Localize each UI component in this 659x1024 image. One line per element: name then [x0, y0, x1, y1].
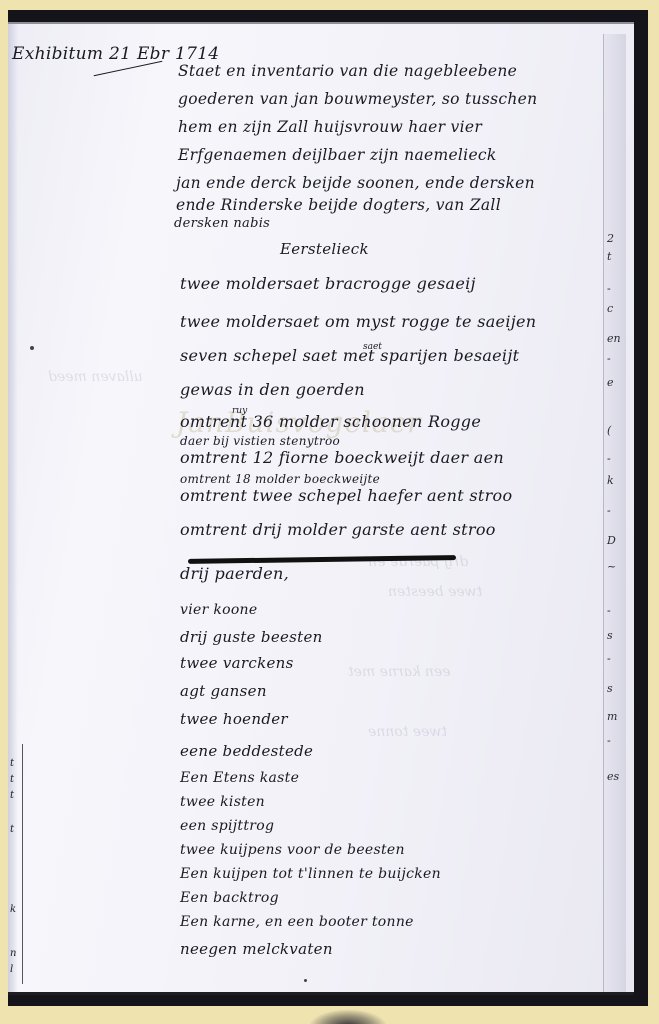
margin-mark: t	[10, 790, 14, 801]
inventory-item: omtrent 36 molder schoonen Rogge	[180, 412, 481, 431]
inventory-item: omtrent drij molder garste aent stroo	[180, 520, 496, 539]
page-edge-shadow	[308, 1009, 388, 1024]
preamble-line: hem en zijn Zall huijsvrouw haer vier	[178, 118, 482, 136]
inventory-item: vier koone	[180, 602, 257, 618]
bleed-through-text: twee tonne	[368, 724, 447, 740]
bleed-through-text: twee beesten	[388, 584, 482, 600]
margin-mark: es	[607, 770, 619, 783]
margin-mark: -	[607, 282, 611, 295]
right-margin-strip: 2 t - c en - e ( - k - D ~ - s - s m - e…	[603, 34, 626, 992]
margin-mark: -	[607, 504, 611, 517]
inventory-item: omtrent 12 fiorne boeckweijt daer aen	[180, 448, 504, 467]
left-margin-strip: t t t t k n l	[8, 744, 23, 984]
inventory-item: twee varckens	[180, 654, 294, 672]
inventory-item: een spijttrog	[180, 818, 274, 834]
inventory-item: Een backtrog	[180, 890, 279, 906]
margin-mark: l	[10, 964, 13, 975]
margin-mark: t	[10, 774, 14, 785]
inventory-item: twee hoender	[180, 710, 288, 728]
margin-mark: s	[607, 682, 613, 695]
margin-mark: -	[607, 604, 611, 617]
margin-mark: t	[10, 758, 14, 769]
margin-mark: 2	[607, 232, 614, 245]
preamble-line: Staet en inventario van die nagebleebene	[178, 62, 517, 80]
margin-mark: t	[607, 250, 611, 263]
margin-mark: (	[607, 424, 611, 437]
inventory-item: gewas in den goerden	[180, 380, 365, 399]
inventory-item: drij guste beesten	[180, 628, 323, 646]
preamble-line: Erfgenaemen deijlbaer zijn naemelieck	[178, 146, 497, 164]
margin-mark: e	[607, 376, 614, 389]
inventory-item: Een kuijpen tot t'linnen te buijcken	[180, 866, 441, 882]
preamble-line: goederen van jan bouwmeyster, so tussche…	[178, 90, 537, 108]
ink-spot	[30, 346, 34, 350]
margin-mark: D	[607, 534, 616, 547]
inventory-item: omtrent twee schepel haefer aent stroo	[180, 486, 512, 505]
preamble-line: dersken nabis	[174, 216, 270, 231]
section-heading: Eerstelieck	[280, 240, 369, 258]
margin-mark: -	[607, 652, 611, 665]
inventory-item: Een Etens kaste	[180, 770, 299, 786]
inventory-item: omtrent 18 molder boeckweijte	[180, 472, 380, 486]
inventory-item: daer bij vistien stenytroo	[180, 434, 340, 448]
margin-mark: ~	[607, 560, 616, 573]
margin-mark: s	[607, 629, 613, 642]
ink-spot	[304, 979, 307, 982]
manuscript-page: ullaven meed drij paerde en twee beesten…	[8, 22, 634, 995]
inventory-item: Een karne, en een booter tonne	[180, 914, 414, 930]
margin-mark: m	[607, 710, 617, 723]
margin-mark: k	[10, 904, 16, 915]
margin-mark: -	[607, 352, 611, 365]
inventory-item: twee kuijpens voor de beesten	[180, 842, 405, 858]
margin-mark: -	[607, 734, 611, 747]
margin-mark: k	[607, 474, 614, 487]
inventory-item: drij paerden,	[180, 564, 289, 583]
margin-mark: t	[10, 824, 14, 835]
margin-mark: en	[607, 332, 621, 345]
margin-mark: -	[607, 452, 611, 465]
bleed-through-text: een karne met	[348, 664, 451, 680]
margin-mark: n	[10, 948, 16, 959]
inventory-item: neegen melckvaten	[180, 940, 333, 958]
margin-mark: c	[607, 302, 613, 315]
inventory-item: eene beddestede	[180, 742, 313, 760]
exhibitum-note: Exhibitum 21 Ebr 1714	[12, 44, 219, 64]
inventory-item: twee moldersaet om myst rogge te saeijen	[180, 312, 536, 331]
bleed-through-text: ullaven meed	[48, 369, 143, 385]
inventory-item: seven schepel saet met sparijen besaeijt	[180, 346, 519, 365]
preamble-line: ende Rinderske beijde dogters, van Zall	[176, 196, 501, 214]
inventory-item: twee moldersaet bracrogge gesaeij	[180, 274, 476, 293]
preamble-line: jan ende derck beijde soonen, ende dersk…	[176, 174, 535, 192]
inventory-item: twee kisten	[180, 794, 265, 810]
inventory-item: agt gansen	[180, 682, 267, 700]
